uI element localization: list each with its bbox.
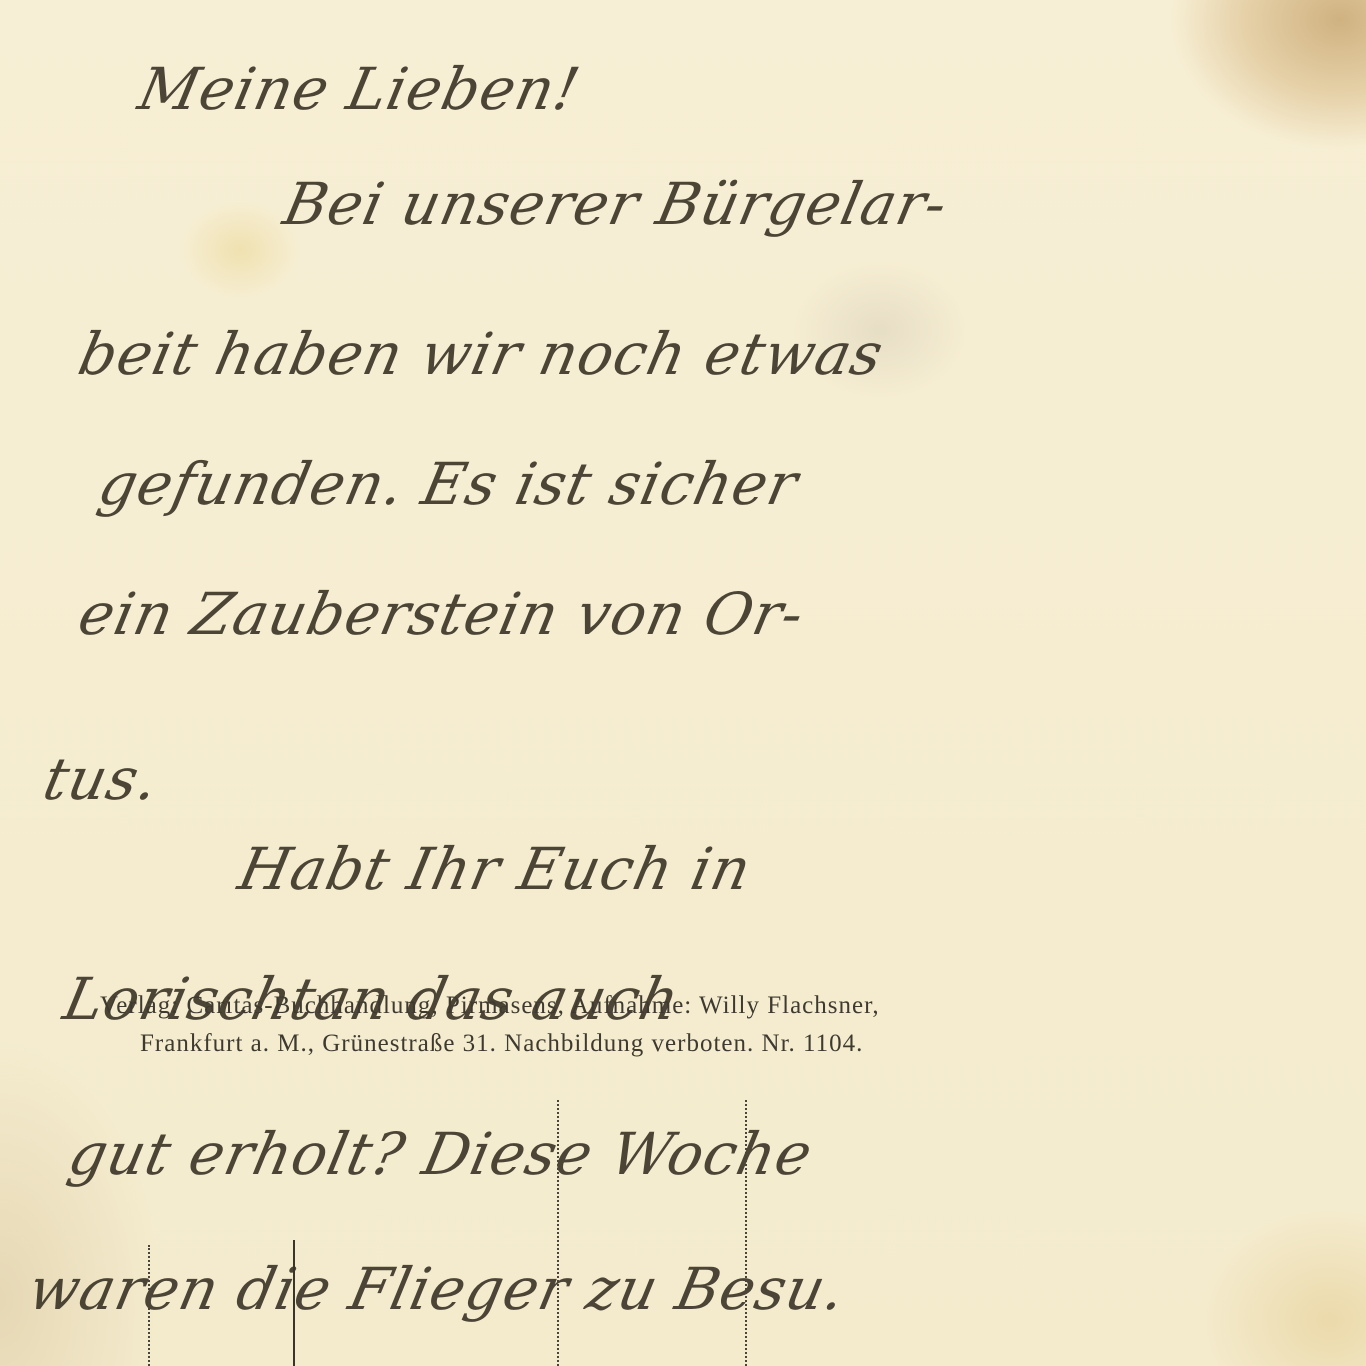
- handwriting-line-6: tus.: [38, 745, 165, 813]
- publisher-caption-line-2: Frankfurt a. M., Grünestraße 31. Nachbil…: [140, 1030, 863, 1058]
- handwriting-line-3: beit haben wir noch etwas: [73, 320, 890, 388]
- handwriting-line-4: gefunden. Es ist sicher: [93, 450, 805, 518]
- handwriting-line-1: Meine Lieben!: [133, 55, 586, 123]
- dotted-divider-line: [745, 1100, 747, 1366]
- dotted-divider-line: [148, 1245, 150, 1366]
- handwriting-line-2: Bei unserer Bürgelar-: [278, 170, 954, 238]
- handwriting-line-9: gut erholt? Diese Woche: [63, 1120, 819, 1188]
- publisher-caption-line-1: Verlag: Caritas-Buchhandlung, Pirmasens,…: [100, 992, 880, 1020]
- solid-divider-line: [293, 1240, 295, 1366]
- handwriting-line-5: ein Zauberstein von Or-: [73, 580, 811, 648]
- handwriting-line-7: Habt Ihr Euch in: [233, 835, 758, 903]
- dotted-divider-line: [557, 1100, 559, 1366]
